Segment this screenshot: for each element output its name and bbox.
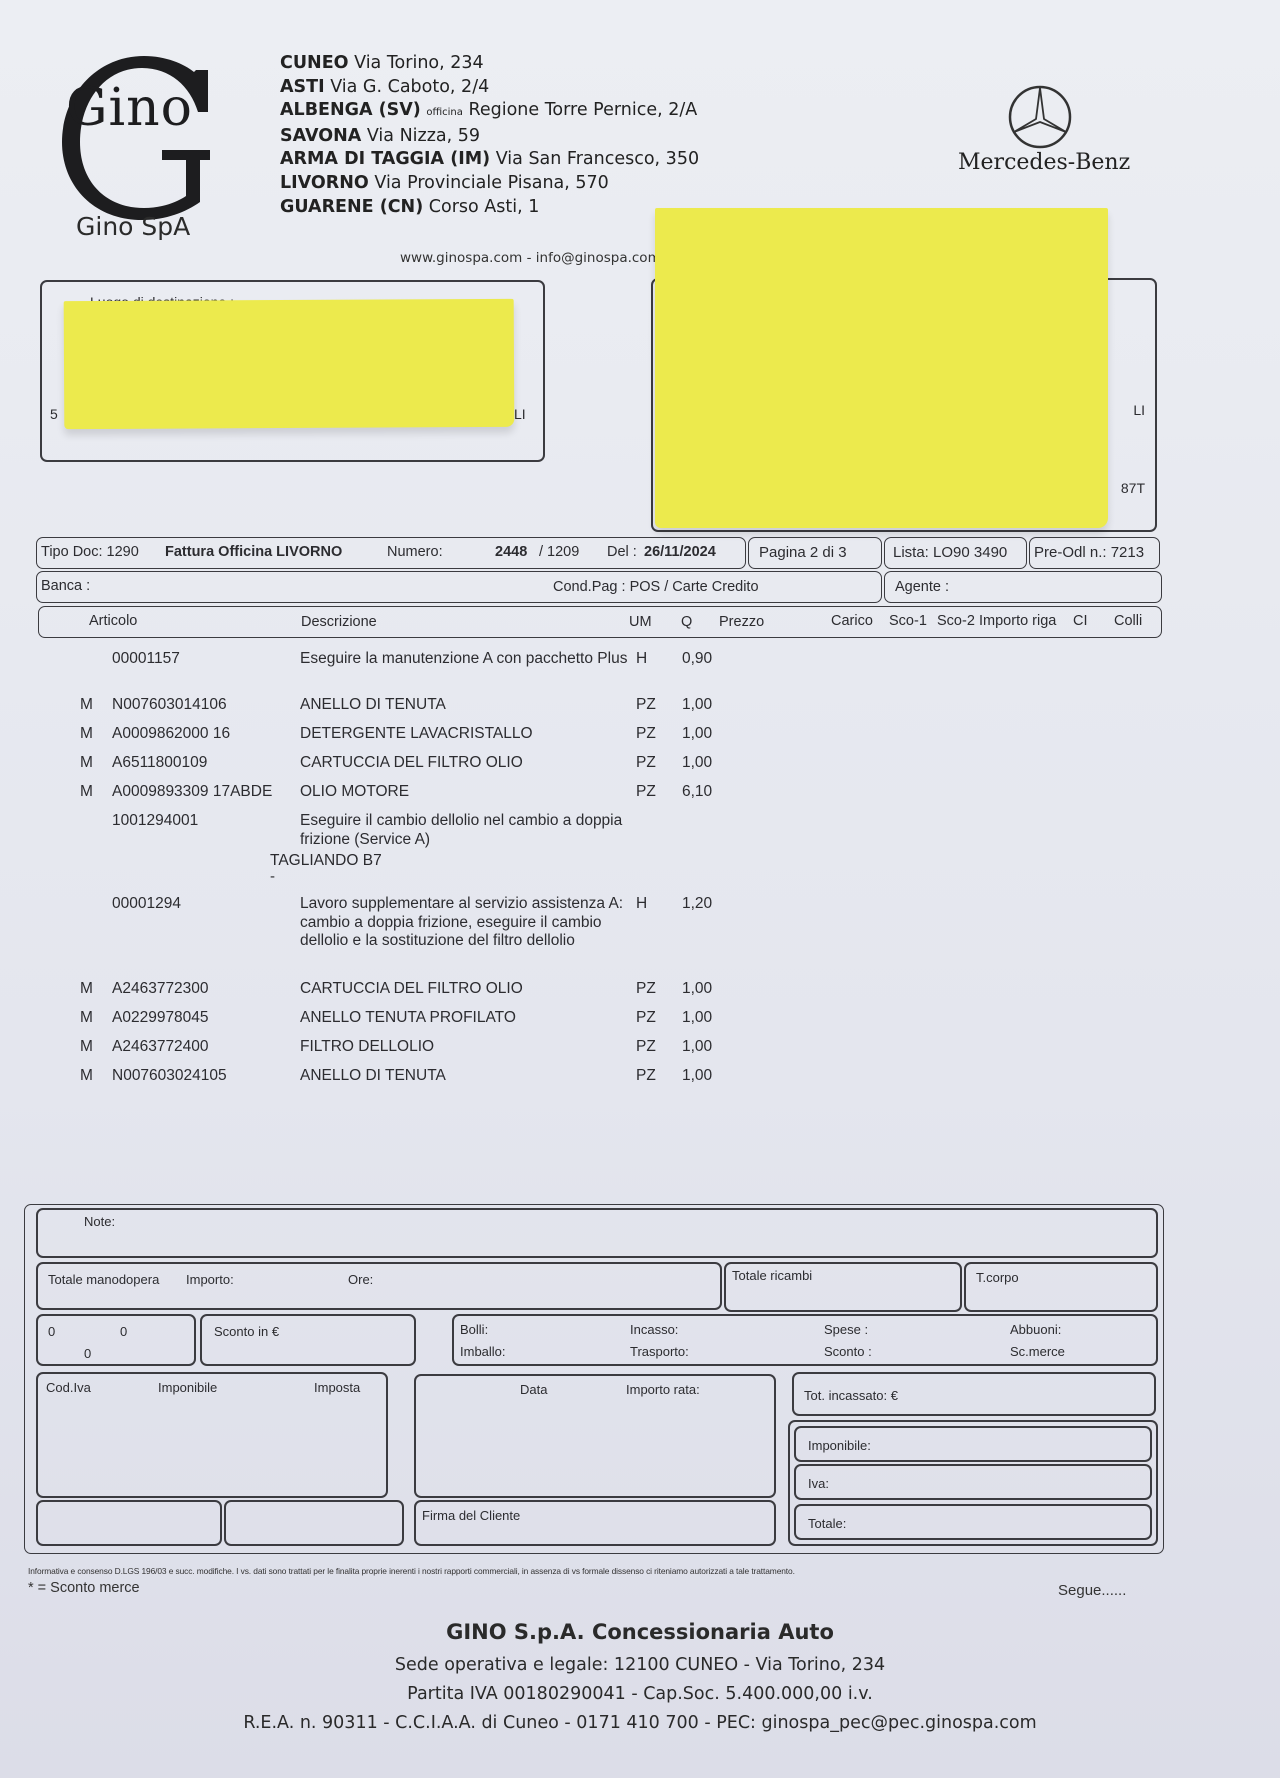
cell-descrizione: OLIO MOTORE (300, 783, 630, 802)
sconto-merce-note: * = Sconto merce (28, 1580, 140, 1596)
imposta-header: Imposta (314, 1380, 360, 1395)
note-label: Note: (84, 1214, 115, 1229)
cell-descrizione: CARTUCCIA DEL FILTRO OLIO (300, 980, 630, 999)
zero-value: 0 (48, 1324, 55, 1339)
cell-descrizione: ANELLO DI TENUTA (300, 696, 630, 715)
cell-articolo: A0009893309 17ABDE (112, 783, 272, 801)
cell-descrizione: Lavoro supplementare al servizio assiste… (300, 895, 630, 951)
cell-flag: M (80, 696, 93, 714)
cell-q: 1,20 (682, 895, 712, 913)
footer-title: GINO S.p.A. Concessionaria Auto (0, 1620, 1280, 1644)
labor-box: Totale manodopera Importo: Ore: (36, 1262, 722, 1310)
zero-value: 0 (84, 1346, 91, 1361)
cell-q: 1,00 (682, 754, 712, 772)
cell-articolo: A6511800109 (112, 754, 207, 772)
imballo-label: Imballo: (460, 1344, 506, 1359)
cell-flag: M (80, 725, 93, 743)
cell-um: PZ (636, 1067, 656, 1085)
cell-q: 0,90 (682, 650, 712, 668)
privacy-notice: Informativa e consenso D.LGS 196/03 e su… (28, 1566, 795, 1576)
invoice-lines: 00001157Eseguire la manutenzione A con p… (0, 0, 1280, 1100)
cell-um: PZ (636, 696, 656, 714)
zeros-box: 0 0 0 (36, 1314, 196, 1366)
cell-descrizione: ANELLO TENUTA PROFILATO (300, 1009, 630, 1028)
installments-box: Data Importo rata: (414, 1374, 776, 1498)
sconto-label: Sconto : (824, 1344, 872, 1359)
cell-articolo: N007603014106 (112, 696, 227, 714)
ore-label: Ore: (348, 1272, 373, 1287)
cell-q: 6,10 (682, 783, 712, 801)
imponibile-header: Imponibile (158, 1380, 217, 1395)
cell-descrizione: DETERGENTE LAVACRISTALLO (300, 725, 630, 744)
cell-flag: M (80, 980, 93, 998)
iva-box: Iva: (794, 1464, 1152, 1500)
cell-articolo: A2463772400 (112, 1038, 209, 1056)
cell-descrizione: Eseguire il cambio dellolio nel cambio a… (300, 812, 630, 849)
cell-articolo: A0229978045 (112, 1009, 209, 1027)
cell-flag: M (80, 1067, 93, 1085)
cell-um: H (636, 895, 647, 913)
cell-q: 1,00 (682, 1067, 712, 1085)
cell-descrizione: Eseguire la manutenzione A con pacchetto… (300, 650, 630, 669)
totale-box: Totale: (794, 1504, 1152, 1540)
cell-q: 1,00 (682, 696, 712, 714)
tot-incassato-label: Tot. incassato: € (804, 1388, 898, 1403)
cell-flag: M (80, 783, 93, 801)
tot-incassato-box: Tot. incassato: € (792, 1372, 1156, 1416)
footer-line: R.E.A. n. 90311 - C.C.I.A.A. di Cuneo - … (0, 1713, 1280, 1733)
cell-um: PZ (636, 1009, 656, 1027)
cell-flag: M (80, 1038, 93, 1056)
sconto-eur-label: Sconto in € (214, 1324, 279, 1339)
empty-box (36, 1500, 222, 1546)
cell-um: PZ (636, 725, 656, 743)
footer-line: Partita IVA 00180290041 - Cap.Soc. 5.400… (0, 1684, 1280, 1704)
cell-um: PZ (636, 783, 656, 801)
cell-q: 1,00 (682, 980, 712, 998)
sc-merce-label: Sc.merce (1010, 1344, 1065, 1359)
section-dash: - (270, 868, 275, 885)
spese-label: Spese : (824, 1322, 868, 1337)
cell-um: H (636, 650, 647, 668)
footer-line: Sede operativa e legale: 12100 CUNEO - V… (0, 1655, 1280, 1675)
cell-descrizione: CARTUCCIA DEL FILTRO OLIO (300, 754, 630, 773)
firma-label: Firma del Cliente (422, 1508, 520, 1523)
cell-q: 1,00 (682, 725, 712, 743)
bolli-label: Bolli: (460, 1322, 488, 1337)
sconto-box: Sconto in € (200, 1314, 416, 1366)
segue-label: Segue...... (1058, 1582, 1126, 1599)
cell-articolo: 00001294 (112, 895, 181, 913)
cell-descrizione: FILTRO DELLOLIO (300, 1038, 630, 1057)
cod-iva-header: Cod.Iva (46, 1380, 91, 1395)
cell-q: 1,00 (682, 1009, 712, 1027)
cell-um: PZ (636, 754, 656, 772)
imponibile-label: Imponibile: (808, 1438, 871, 1453)
zero-value: 0 (120, 1324, 127, 1339)
importo-rata-header: Importo rata: (626, 1382, 700, 1397)
t-corpo-box: T.corpo (964, 1262, 1158, 1312)
parts-total-box: Totale ricambi (724, 1262, 962, 1312)
cell-articolo: 00001157 (112, 650, 180, 668)
cell-flag: M (80, 1009, 93, 1027)
data-header: Data (520, 1382, 547, 1397)
cell-descrizione: ANELLO DI TENUTA (300, 1067, 630, 1086)
abbuoni-label: Abbuoni: (1010, 1322, 1061, 1337)
t-corpo: T.corpo (976, 1270, 1019, 1285)
importo-label: Importo: (186, 1272, 234, 1287)
cell-um: PZ (636, 1038, 656, 1056)
cell-um: PZ (636, 980, 656, 998)
cell-flag: M (80, 754, 93, 772)
incasso-label: Incasso: (630, 1322, 678, 1337)
signature-box[interactable]: Firma del Cliente (414, 1500, 776, 1546)
imponibile-box: Imponibile: (794, 1426, 1152, 1462)
cell-articolo: N007603024105 (112, 1067, 227, 1085)
note-box: Note: (36, 1208, 1158, 1258)
cell-articolo: A0009862000 16 (112, 725, 230, 743)
cell-articolo: A2463772300 (112, 980, 209, 998)
section-note: TAGLIANDO B7 (270, 852, 382, 870)
totale-ricambi: Totale ricambi (732, 1268, 812, 1283)
cell-articolo: 1001294001 (112, 812, 198, 830)
cell-q: 1,00 (682, 1038, 712, 1056)
empty-box (224, 1500, 404, 1546)
totale-manodopera: Totale manodopera (48, 1272, 159, 1287)
trasporto-label: Trasporto: (630, 1344, 689, 1359)
vat-table-box: Cod.Iva Imponibile Imposta (36, 1372, 388, 1498)
iva-label: Iva: (808, 1476, 829, 1491)
totale-label: Totale: (808, 1516, 846, 1531)
charges-box: Bolli: Imballo: Incasso: Trasporto: Spes… (452, 1314, 1158, 1366)
